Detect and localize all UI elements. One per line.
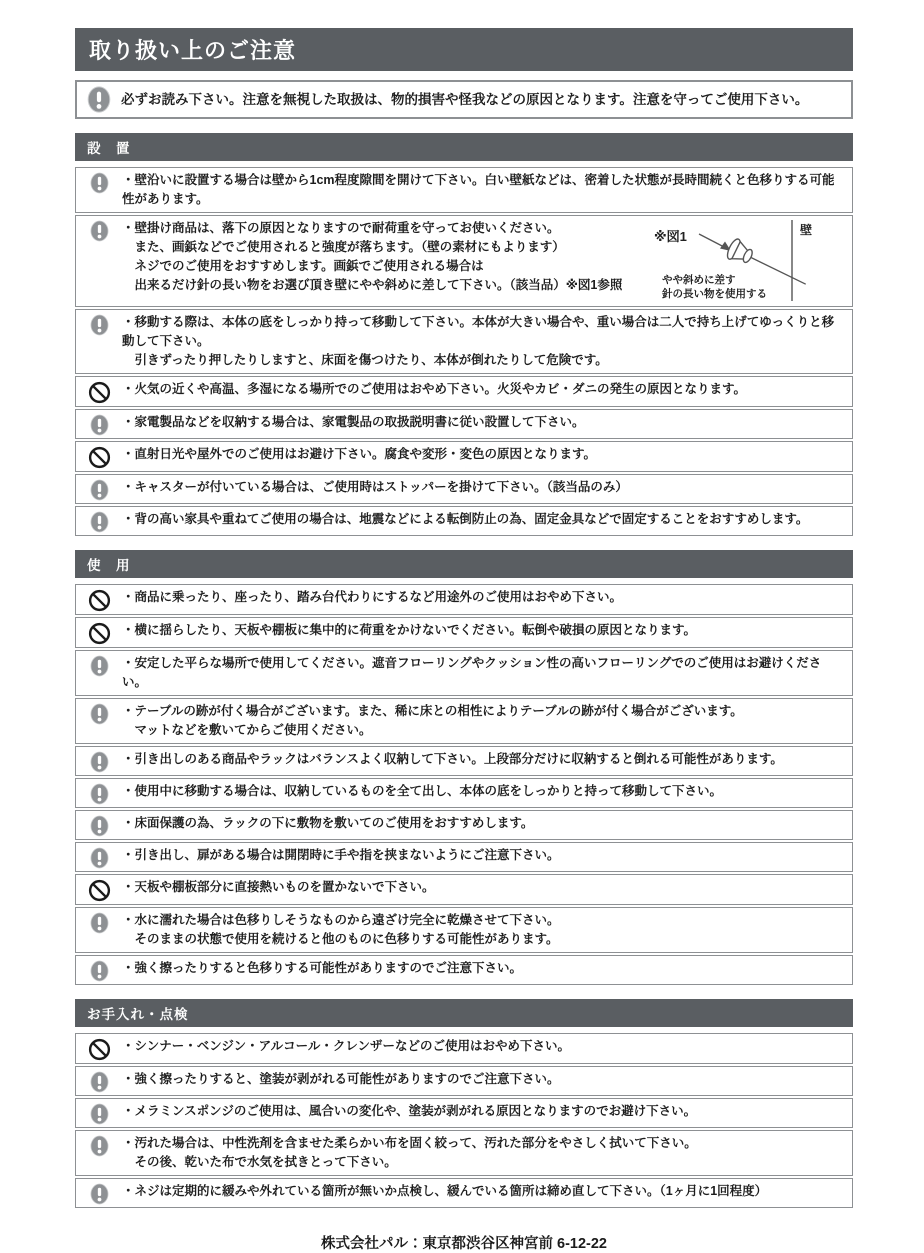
instruction-row: ・背の高い家具や重ねてご使用の場合は、地震などによる転倒防止の為、固定金具などで… xyxy=(75,506,853,536)
instruction-text-line: ・引き出しのある商品やラックはバランスよく収納して下さい。上段部分だけに収納する… xyxy=(122,750,783,769)
instruction-text-line: ・シンナー・ベンジン・アルコール・クレンザーなどのご使用はおやめ下さい。 xyxy=(122,1037,570,1056)
instruction-row: ・使用中に移動する場合は、収納しているものを全て出し、本体の底をしっかりと持って… xyxy=(75,778,853,808)
exclamation-caution-icon xyxy=(90,314,109,336)
instruction-row: ・キャスターが付いている場合は、ご使用時はストッパーを掛けて下さい。（該当品のみ… xyxy=(75,474,853,504)
row-text: ・床面保護の為、ラックの下に敷物を敷いてのご使用をおすすめします。 xyxy=(122,813,533,834)
prohibition-icon xyxy=(88,446,111,469)
row-icon-slot xyxy=(76,1036,122,1061)
row-icon-slot xyxy=(76,1133,122,1157)
instruction-text-line: ・強く擦ったりすると色移りする可能性がありますのでご注意下さい。 xyxy=(122,959,522,978)
instruction-section: お手入れ・点検 ・シンナー・ベンジン・アルコール・クレンザーなどのご使用はおやめ… xyxy=(75,999,853,1208)
exclamation-caution-icon xyxy=(90,1135,109,1157)
row-icon-slot xyxy=(76,701,122,725)
exclamation-caution-icon xyxy=(90,847,109,869)
row-text: ・火気の近くや高温、多湿になる場所でのご使用はおやめ下さい。火災やカビ・ダニの発… xyxy=(122,379,746,400)
instruction-row: ・商品に乗ったり、座ったり、踏み台代わりにするなど用途外のご使用はおやめ下さい。 xyxy=(75,584,853,615)
exclamation-caution-icon xyxy=(87,86,111,113)
row-text: ・背の高い家具や重ねてご使用の場合は、地震などによる転倒防止の為、固定金具などで… xyxy=(122,509,808,530)
instruction-row: ・引き出しのある商品やラックはバランスよく収納して下さい。上段部分だけに収納する… xyxy=(75,746,853,776)
row-icon-slot xyxy=(76,1069,122,1093)
instruction-text-line: 引きずったり押したりしますと、床面を傷つけたり、本体が倒れたりして危険です。 xyxy=(122,351,844,370)
wall-label: 壁 xyxy=(800,222,812,237)
row-icon-slot xyxy=(76,379,122,404)
row-icon-slot xyxy=(76,958,122,982)
instruction-text-line: ・移動する際は、本体の底をしっかり持って移動して下さい。本体が大きい場合や、重い… xyxy=(122,313,844,351)
instruction-text-line: ・家電製品などを収納する場合は、家電製品の取扱説明書に従い設置して下さい。 xyxy=(122,413,585,432)
instruction-text-line: また、画鋲などでご使用されると強度が落ちます。（壁の素材にもよります） xyxy=(122,238,622,257)
exclamation-caution-icon xyxy=(90,479,109,501)
row-icon-slot xyxy=(76,477,122,501)
notice-box: 必ずお読み下さい。注意を無視した取扱は、物的損害や怪我などの原因となります。注意… xyxy=(75,80,853,119)
instruction-text-line: ・テーブルの跡が付く場合がございます。また、稀に床との相性によりテーブルの跡が付… xyxy=(122,702,743,721)
row-text: ・引き出し、扉がある場合は開閉時に手や指を挟まないようにご注意下さい。 xyxy=(122,845,560,866)
row-icon-slot xyxy=(76,587,122,612)
instruction-text-line: ・使用中に移動する場合は、収納しているものを全て出し、本体の底をしっかりと持って… xyxy=(122,782,722,801)
exclamation-caution-icon xyxy=(90,703,109,725)
instruction-row: ・安定した平らな場所で使用してください。遮音フローリングやクッション性の高いフロ… xyxy=(75,650,853,696)
instruction-text-line: マットなどを敷いてからご使用ください。 xyxy=(122,721,743,740)
row-icon-slot xyxy=(76,749,122,773)
row-text: ・使用中に移動する場合は、収納しているものを全て出し、本体の底をしっかりと持って… xyxy=(122,781,722,802)
section-header: 設 置 xyxy=(75,133,853,161)
instruction-section: 使 用 ・商品に乗ったり、座ったり、踏み台代わりにするなど用途外のご使用はおやめ… xyxy=(75,550,853,985)
row-text: ・直射日光や屋外でのご使用はお避け下さい。腐食や変形・変色の原因となります。 xyxy=(122,444,596,465)
instruction-row: ・家電製品などを収納する場合は、家電製品の取扱説明書に従い設置して下さい。 xyxy=(75,409,853,439)
row-icon-slot xyxy=(76,813,122,837)
care-instructions-document: 取り扱い上のご注意 必ずお読み下さい。注意を無視した取扱は、物的損害や怪我などの… xyxy=(75,28,853,1253)
instruction-text-line: ・ネジは定期的に緩みや外れている箇所が無いか点検し、緩んでいる箇所は締め直して下… xyxy=(122,1182,767,1201)
instruction-row: ・テーブルの跡が付く場合がございます。また、稀に床との相性によりテーブルの跡が付… xyxy=(75,698,853,744)
exclamation-caution-icon xyxy=(90,1071,109,1093)
instruction-row: ・横に揺らしたり、天板や棚板に集中的に荷重をかけないでください。転倒や破損の原因… xyxy=(75,617,853,648)
exclamation-caution-icon xyxy=(90,960,109,982)
instruction-section: 設 置 ・壁沿いに設置する場合は壁から1cm程度隙間を開けて下さい。白い壁紙など… xyxy=(75,133,853,536)
row-text: ・横に揺らしたり、天板や棚板に集中的に荷重をかけないでください。転倒や破損の原因… xyxy=(122,620,696,641)
figure1-pushpin-diagram: ※図1 壁 やや斜めに差す 針の長い物を使用する xyxy=(642,217,848,308)
row-icon-slot xyxy=(76,412,122,436)
figure1-caption-line2: 針の長い物を使用する xyxy=(661,287,767,300)
row-icon-slot xyxy=(76,910,122,934)
row-text: ・強く擦ったりすると、塗装が剥がれる可能性がありますのでご注意下さい。 xyxy=(122,1069,560,1090)
row-icon-slot xyxy=(76,218,122,242)
instruction-row: ・メラミンスポンジのご使用は、風合いの変化や、塗装が剥がれる原因となりますのでお… xyxy=(75,1098,853,1128)
instruction-text-line: ・天板や棚板部分に直接熱いものを置かないで下さい。 xyxy=(122,878,435,897)
prohibition-icon xyxy=(88,879,111,902)
row-icon-slot xyxy=(76,444,122,469)
sections-container: 設 置 ・壁沿いに設置する場合は壁から1cm程度隙間を開けて下さい。白い壁紙など… xyxy=(75,133,853,1208)
instruction-text-line: ・横に揺らしたり、天板や棚板に集中的に荷重をかけないでください。転倒や破損の原因… xyxy=(122,621,696,640)
prohibition-icon xyxy=(88,589,111,612)
exclamation-caution-icon xyxy=(90,220,109,242)
row-icon-slot xyxy=(76,620,122,645)
instruction-text-line: ・商品に乗ったり、座ったり、踏み台代わりにするなど用途外のご使用はおやめ下さい。 xyxy=(122,588,622,607)
instruction-row: ・天板や棚板部分に直接熱いものを置かないで下さい。 xyxy=(75,874,853,905)
section-header: お手入れ・点検 xyxy=(75,999,853,1027)
instruction-text-line: ・強く擦ったりすると、塗装が剥がれる可能性がありますのでご注意下さい。 xyxy=(122,1070,560,1089)
exclamation-caution-icon xyxy=(90,1183,109,1205)
section-rows: ・シンナー・ベンジン・アルコール・クレンザーなどのご使用はおやめ下さい。 ・強く… xyxy=(75,1033,853,1208)
exclamation-caution-icon xyxy=(90,172,109,194)
instruction-text-line: ・床面保護の為、ラックの下に敷物を敷いてのご使用をおすすめします。 xyxy=(122,814,533,833)
row-text: ・シンナー・ベンジン・アルコール・クレンザーなどのご使用はおやめ下さい。 xyxy=(122,1036,570,1057)
figure1-caption-line1: やや斜めに差す xyxy=(662,273,736,286)
row-text: ・強く擦ったりすると色移りする可能性がありますのでご注意下さい。 xyxy=(122,958,522,979)
instruction-text-line: そのままの状態で使用を続けると他のものに色移りする可能性があります。 xyxy=(122,930,560,949)
instruction-text-line: その後、乾いた布で水気を拭きとって下さい。 xyxy=(122,1153,697,1172)
instruction-text-line: ・汚れた場合は、中性洗剤を含ませた柔らかい布を固く絞って、汚れた部分をやさしく拭… xyxy=(122,1134,697,1153)
row-icon-slot xyxy=(76,781,122,805)
row-text: ・テーブルの跡が付く場合がございます。また、稀に床との相性によりテーブルの跡が付… xyxy=(122,701,743,741)
row-text: ・商品に乗ったり、座ったり、踏み台代わりにするなど用途外のご使用はおやめ下さい。 xyxy=(122,587,622,608)
prohibition-icon xyxy=(88,622,111,645)
instruction-row: ・汚れた場合は、中性洗剤を含ませた柔らかい布を固く絞って、汚れた部分をやさしく拭… xyxy=(75,1130,853,1176)
exclamation-caution-icon xyxy=(90,912,109,934)
section-rows: ・壁沿いに設置する場合は壁から1cm程度隙間を開けて下さい。白い壁紙などは、密着… xyxy=(75,167,853,536)
exclamation-caution-icon xyxy=(90,783,109,805)
instruction-text-line: ・水に濡れた場合は色移りしそうなものから遠ざけ完全に乾燥させて下さい。 xyxy=(122,911,560,930)
row-text: ・安定した平らな場所で使用してください。遮音フローリングやクッション性の高いフロ… xyxy=(122,653,844,693)
section-rows: ・商品に乗ったり、座ったり、踏み台代わりにするなど用途外のご使用はおやめ下さい。… xyxy=(75,584,853,985)
instruction-row: ・強く擦ったりすると色移りする可能性がありますのでご注意下さい。 xyxy=(75,955,853,985)
instruction-row: ・直射日光や屋外でのご使用はお避け下さい。腐食や変形・変色の原因となります。 xyxy=(75,441,853,472)
instruction-row: ・壁掛け商品は、落下の原因となりますので耐荷重を守ってお使いください。また、画鋲… xyxy=(75,215,853,307)
row-text: ・汚れた場合は、中性洗剤を含ませた柔らかい布を固く絞って、汚れた部分をやさしく拭… xyxy=(122,1133,697,1173)
exclamation-caution-icon xyxy=(90,1103,109,1125)
row-icon-slot xyxy=(76,1181,122,1205)
row-icon-slot xyxy=(76,1101,122,1125)
instruction-row: ・ネジは定期的に緩みや外れている箇所が無いか点検し、緩んでいる箇所は締め直して下… xyxy=(75,1178,853,1208)
instruction-text-line: ・背の高い家具や重ねてご使用の場合は、地震などによる転倒防止の為、固定金具などで… xyxy=(122,510,808,529)
instruction-text-line: ・火気の近くや高温、多湿になる場所でのご使用はおやめ下さい。火災やカビ・ダニの発… xyxy=(122,380,746,399)
row-icon-slot xyxy=(76,509,122,533)
figure1-label: ※図1 xyxy=(654,229,687,244)
row-icon-slot xyxy=(76,170,122,194)
instruction-row: ・移動する際は、本体の底をしっかり持って移動して下さい。本体が大きい場合や、重い… xyxy=(75,309,853,374)
row-text: ・壁掛け商品は、落下の原因となりますので耐荷重を守ってお使いください。また、画鋲… xyxy=(122,218,622,296)
instruction-text-line: ・安定した平らな場所で使用してください。遮音フローリングやクッション性の高いフロ… xyxy=(122,654,844,692)
row-text: ・メラミンスポンジのご使用は、風合いの変化や、塗装が剥がれる原因となりますのでお… xyxy=(122,1101,696,1122)
row-icon-slot xyxy=(76,653,122,677)
row-text: ・家電製品などを収納する場合は、家電製品の取扱説明書に従い設置して下さい。 xyxy=(122,412,585,433)
instruction-text-line: ・壁掛け商品は、落下の原因となりますので耐荷重を守ってお使いください。 xyxy=(122,219,622,238)
instruction-text-line: ネジでのご使用をおすすめします。画鋲でご使用される場合は xyxy=(122,257,622,276)
exclamation-caution-icon xyxy=(90,511,109,533)
row-icon-slot xyxy=(76,877,122,902)
instruction-text-line: ・直射日光や屋外でのご使用はお避け下さい。腐食や変形・変色の原因となります。 xyxy=(122,445,596,464)
company-address: 株式会社パル：東京都渋谷区神宮前 6-12-22 xyxy=(75,1232,853,1253)
instruction-row: ・引き出し、扉がある場合は開閉時に手や指を挟まないようにご注意下さい。 xyxy=(75,842,853,872)
section-header: 使 用 xyxy=(75,550,853,578)
row-text: ・天板や棚板部分に直接熱いものを置かないで下さい。 xyxy=(122,877,435,898)
row-icon-slot xyxy=(76,845,122,869)
row-text: ・ネジは定期的に緩みや外れている箇所が無いか点検し、緩んでいる箇所は締め直して下… xyxy=(122,1181,767,1202)
prohibition-icon xyxy=(88,1038,111,1061)
instruction-row: ・床面保護の為、ラックの下に敷物を敷いてのご使用をおすすめします。 xyxy=(75,810,853,840)
instruction-text-line: 出来るだけ針の長い物をお選び頂き壁にやや斜めに差して下さい。（該当品）※図1参照 xyxy=(122,276,622,295)
exclamation-caution-icon xyxy=(90,655,109,677)
exclamation-caution-icon xyxy=(90,414,109,436)
prohibition-icon xyxy=(88,381,111,404)
exclamation-caution-icon xyxy=(90,815,109,837)
instruction-text-line: ・キャスターが付いている場合は、ご使用時はストッパーを掛けて下さい。（該当品のみ… xyxy=(122,478,628,497)
instruction-text-line: ・メラミンスポンジのご使用は、風合いの変化や、塗装が剥がれる原因となりますのでお… xyxy=(122,1102,696,1121)
instruction-text-line: ・引き出し、扉がある場合は開閉時に手や指を挟まないようにご注意下さい。 xyxy=(122,846,560,865)
row-text: ・壁沿いに設置する場合は壁から1cm程度隙間を開けて下さい。白い壁紙などは、密着… xyxy=(122,170,844,210)
instruction-row: ・強く擦ったりすると、塗装が剥がれる可能性がありますのでご注意下さい。 xyxy=(75,1066,853,1096)
pushpin-icon xyxy=(725,237,811,294)
instruction-row: ・壁沿いに設置する場合は壁から1cm程度隙間を開けて下さい。白い壁紙などは、密着… xyxy=(75,167,853,213)
instruction-text-line: ・壁沿いに設置する場合は壁から1cm程度隙間を開けて下さい。白い壁紙などは、密着… xyxy=(122,171,844,209)
row-text: ・引き出しのある商品やラックはバランスよく収納して下さい。上段部分だけに収納する… xyxy=(122,749,783,770)
instruction-row: ・シンナー・ベンジン・アルコール・クレンザーなどのご使用はおやめ下さい。 xyxy=(75,1033,853,1064)
row-text: ・キャスターが付いている場合は、ご使用時はストッパーを掛けて下さい。（該当品のみ… xyxy=(122,477,628,498)
instruction-row: ・火気の近くや高温、多湿になる場所でのご使用はおやめ下さい。火災やカビ・ダニの発… xyxy=(75,376,853,407)
row-text: ・移動する際は、本体の底をしっかり持って移動して下さい。本体が大きい場合や、重い… xyxy=(122,312,844,371)
row-icon-slot xyxy=(76,312,122,336)
exclamation-caution-icon xyxy=(90,751,109,773)
notice-text: 必ずお読み下さい。注意を無視した取扱は、物的損害や怪我などの原因となります。注意… xyxy=(121,91,808,109)
instruction-row: ・水に濡れた場合は色移りしそうなものから遠ざけ完全に乾燥させて下さい。そのままの… xyxy=(75,907,853,953)
page-title: 取り扱い上のご注意 xyxy=(75,28,853,71)
row-text: ・水に濡れた場合は色移りしそうなものから遠ざけ完全に乾燥させて下さい。そのままの… xyxy=(122,910,560,950)
